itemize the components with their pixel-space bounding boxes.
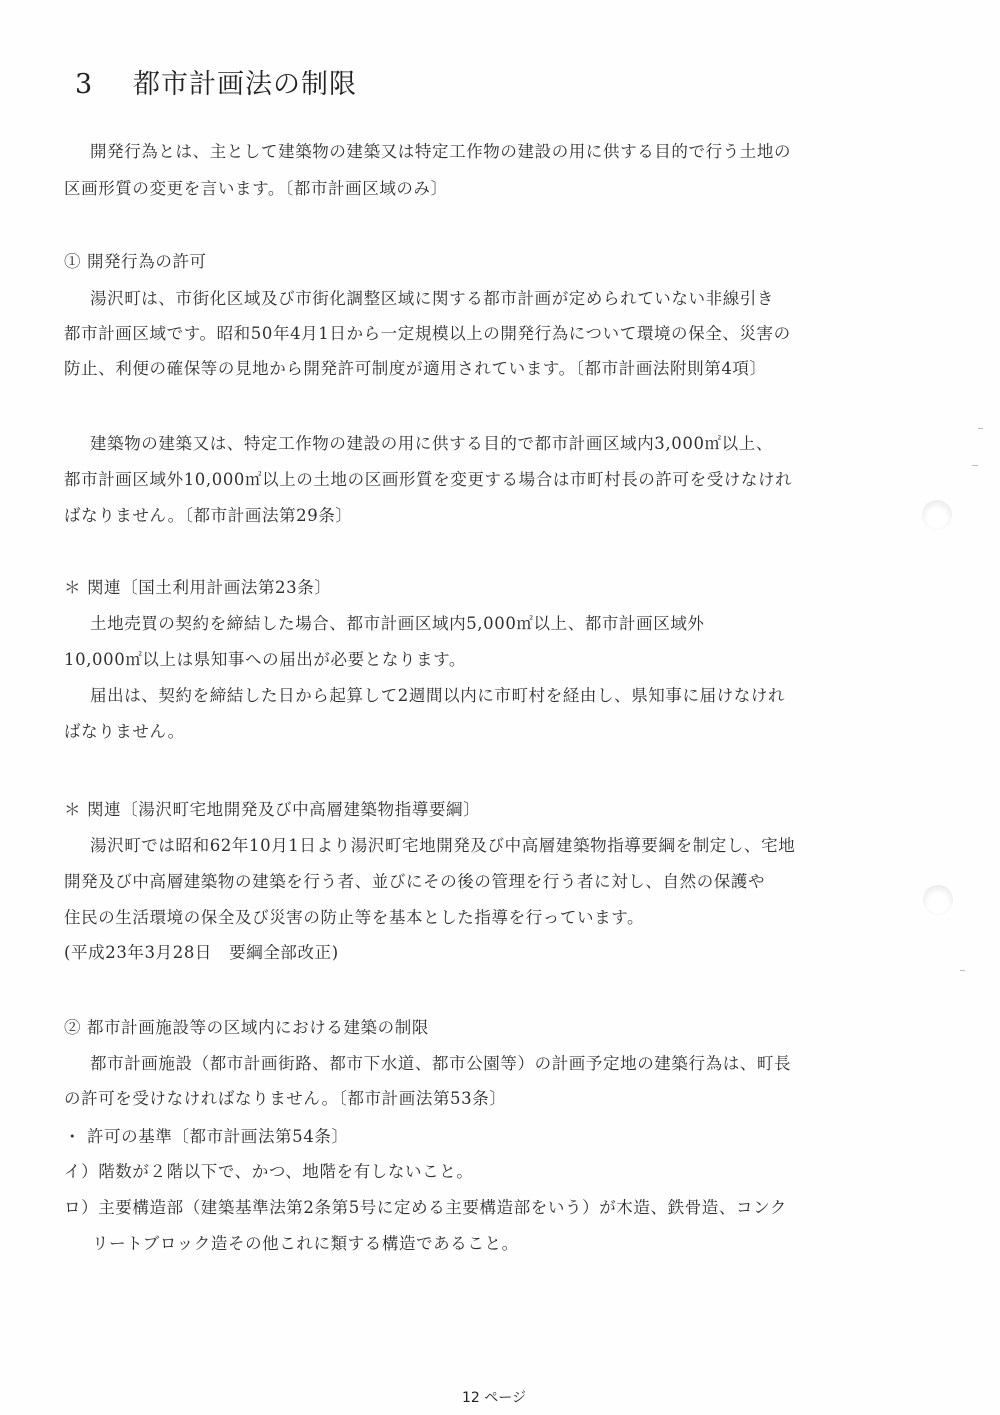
related-title-land-use: ＊ 関連〔国土利用計画法第23条〕 [64,574,331,598]
scan-speck [978,428,983,429]
page-number: 12 ページ [462,1387,526,1407]
paragraph-line: 届出は、契約を締結した日から起算して2週間以内に市町村を経由し、県知事に届けなけ… [90,682,785,706]
section-number: 3 [75,69,133,100]
paragraph-line: 開発及び中高層建築物の建築を行う者、並びにその後の管理を行う者に対し、自然の保護… [64,868,765,892]
section-heading: 3都市計画法の制限 [75,62,357,101]
document-page: 3都市計画法の制限 開発行為とは、主として建築物の建築又は特定工作物の建設の用に… [0,0,1000,1415]
paragraph-line: ばなりません。 [64,718,185,742]
intro-line: 区画形質の変更を言います。〔都市計画区域のみ〕 [64,175,448,199]
section-title: 都市計画法の制限 [133,69,357,100]
paragraph-line: 防止、利便の確保等の見地から開発許可制度が適用されています。〔都市計画法附則第4… [64,355,767,379]
paragraph-line: ばなりません。〔都市計画法第29条〕 [64,502,353,526]
criteria-item-continued: リートブロック造その他これに類する構造であること。 [92,1230,519,1254]
scan-speck [972,465,978,466]
paragraph-line: 住民の生活環境の保全及び災害の防止等を基本とした指導を行っています。 [64,904,644,928]
paragraph-line: 建築物の建築又は、特定工作物の建設の用に供する目的で都市計画区域内3,000㎡以… [90,430,773,454]
subsection-title-facility-restriction: ② 都市計画施設等の区域内における建築の制限 [64,1014,429,1038]
punch-hole-icon [923,885,953,915]
paragraph-line: 都市計画施設（都市計画街路、都市下水道、都市公園等）の計画予定地の建築行為は、町… [90,1050,791,1074]
criteria-title: ・ 許可の基準〔都市計画法第54条〕 [64,1123,349,1147]
paragraph-line: 土地売買の契約を締結した場合、都市計画区域内5,000㎡以上、都市計画区域外 [90,610,705,634]
paragraph-line: 10,000㎡以上は県知事への届出が必要となります。 [64,646,466,670]
scan-speck [960,970,965,971]
intro-line: 開発行為とは、主として建築物の建築又は特定工作物の建設の用に供する目的で行う土地… [90,138,791,162]
punch-hole-icon [922,500,952,530]
paragraph-line: 都市計画区域外10,000㎡以上の土地の区画形質を変更する場合は市町村長の許可を… [64,466,792,490]
subsection-title-development-permit: ① 開発行為の許可 [64,248,207,272]
criteria-item: ロ）主要構造部（建築基準法第2条第5号に定める主要構造部をいう）が木造、鉄骨造、… [64,1194,787,1218]
paragraph-line: 湯沢町は、市街化区域及び市街化調整区域に関する都市計画が定められていない非線引き [90,285,774,309]
revision-note: (平成23年3月28日 要綱全部改正) [64,939,339,963]
paragraph-line: 湯沢町では昭和62年10月1日より湯沢町宅地開発及び中高層建築物指導要綱を制定し… [90,832,795,856]
paragraph-line: の許可を受けなければなりません。〔都市計画法第53条〕 [64,1085,506,1109]
related-title-guideline: ＊ 関連〔湯沢町宅地開発及び中高層建築物指導要綱〕 [64,796,480,820]
criteria-item: イ）階数が２階以下で、かつ、地階を有しないこと。 [64,1158,473,1182]
paragraph-line: 都市計画区域です。昭和50年4月1日から一定規模以上の開発行為について環境の保全… [64,320,791,344]
